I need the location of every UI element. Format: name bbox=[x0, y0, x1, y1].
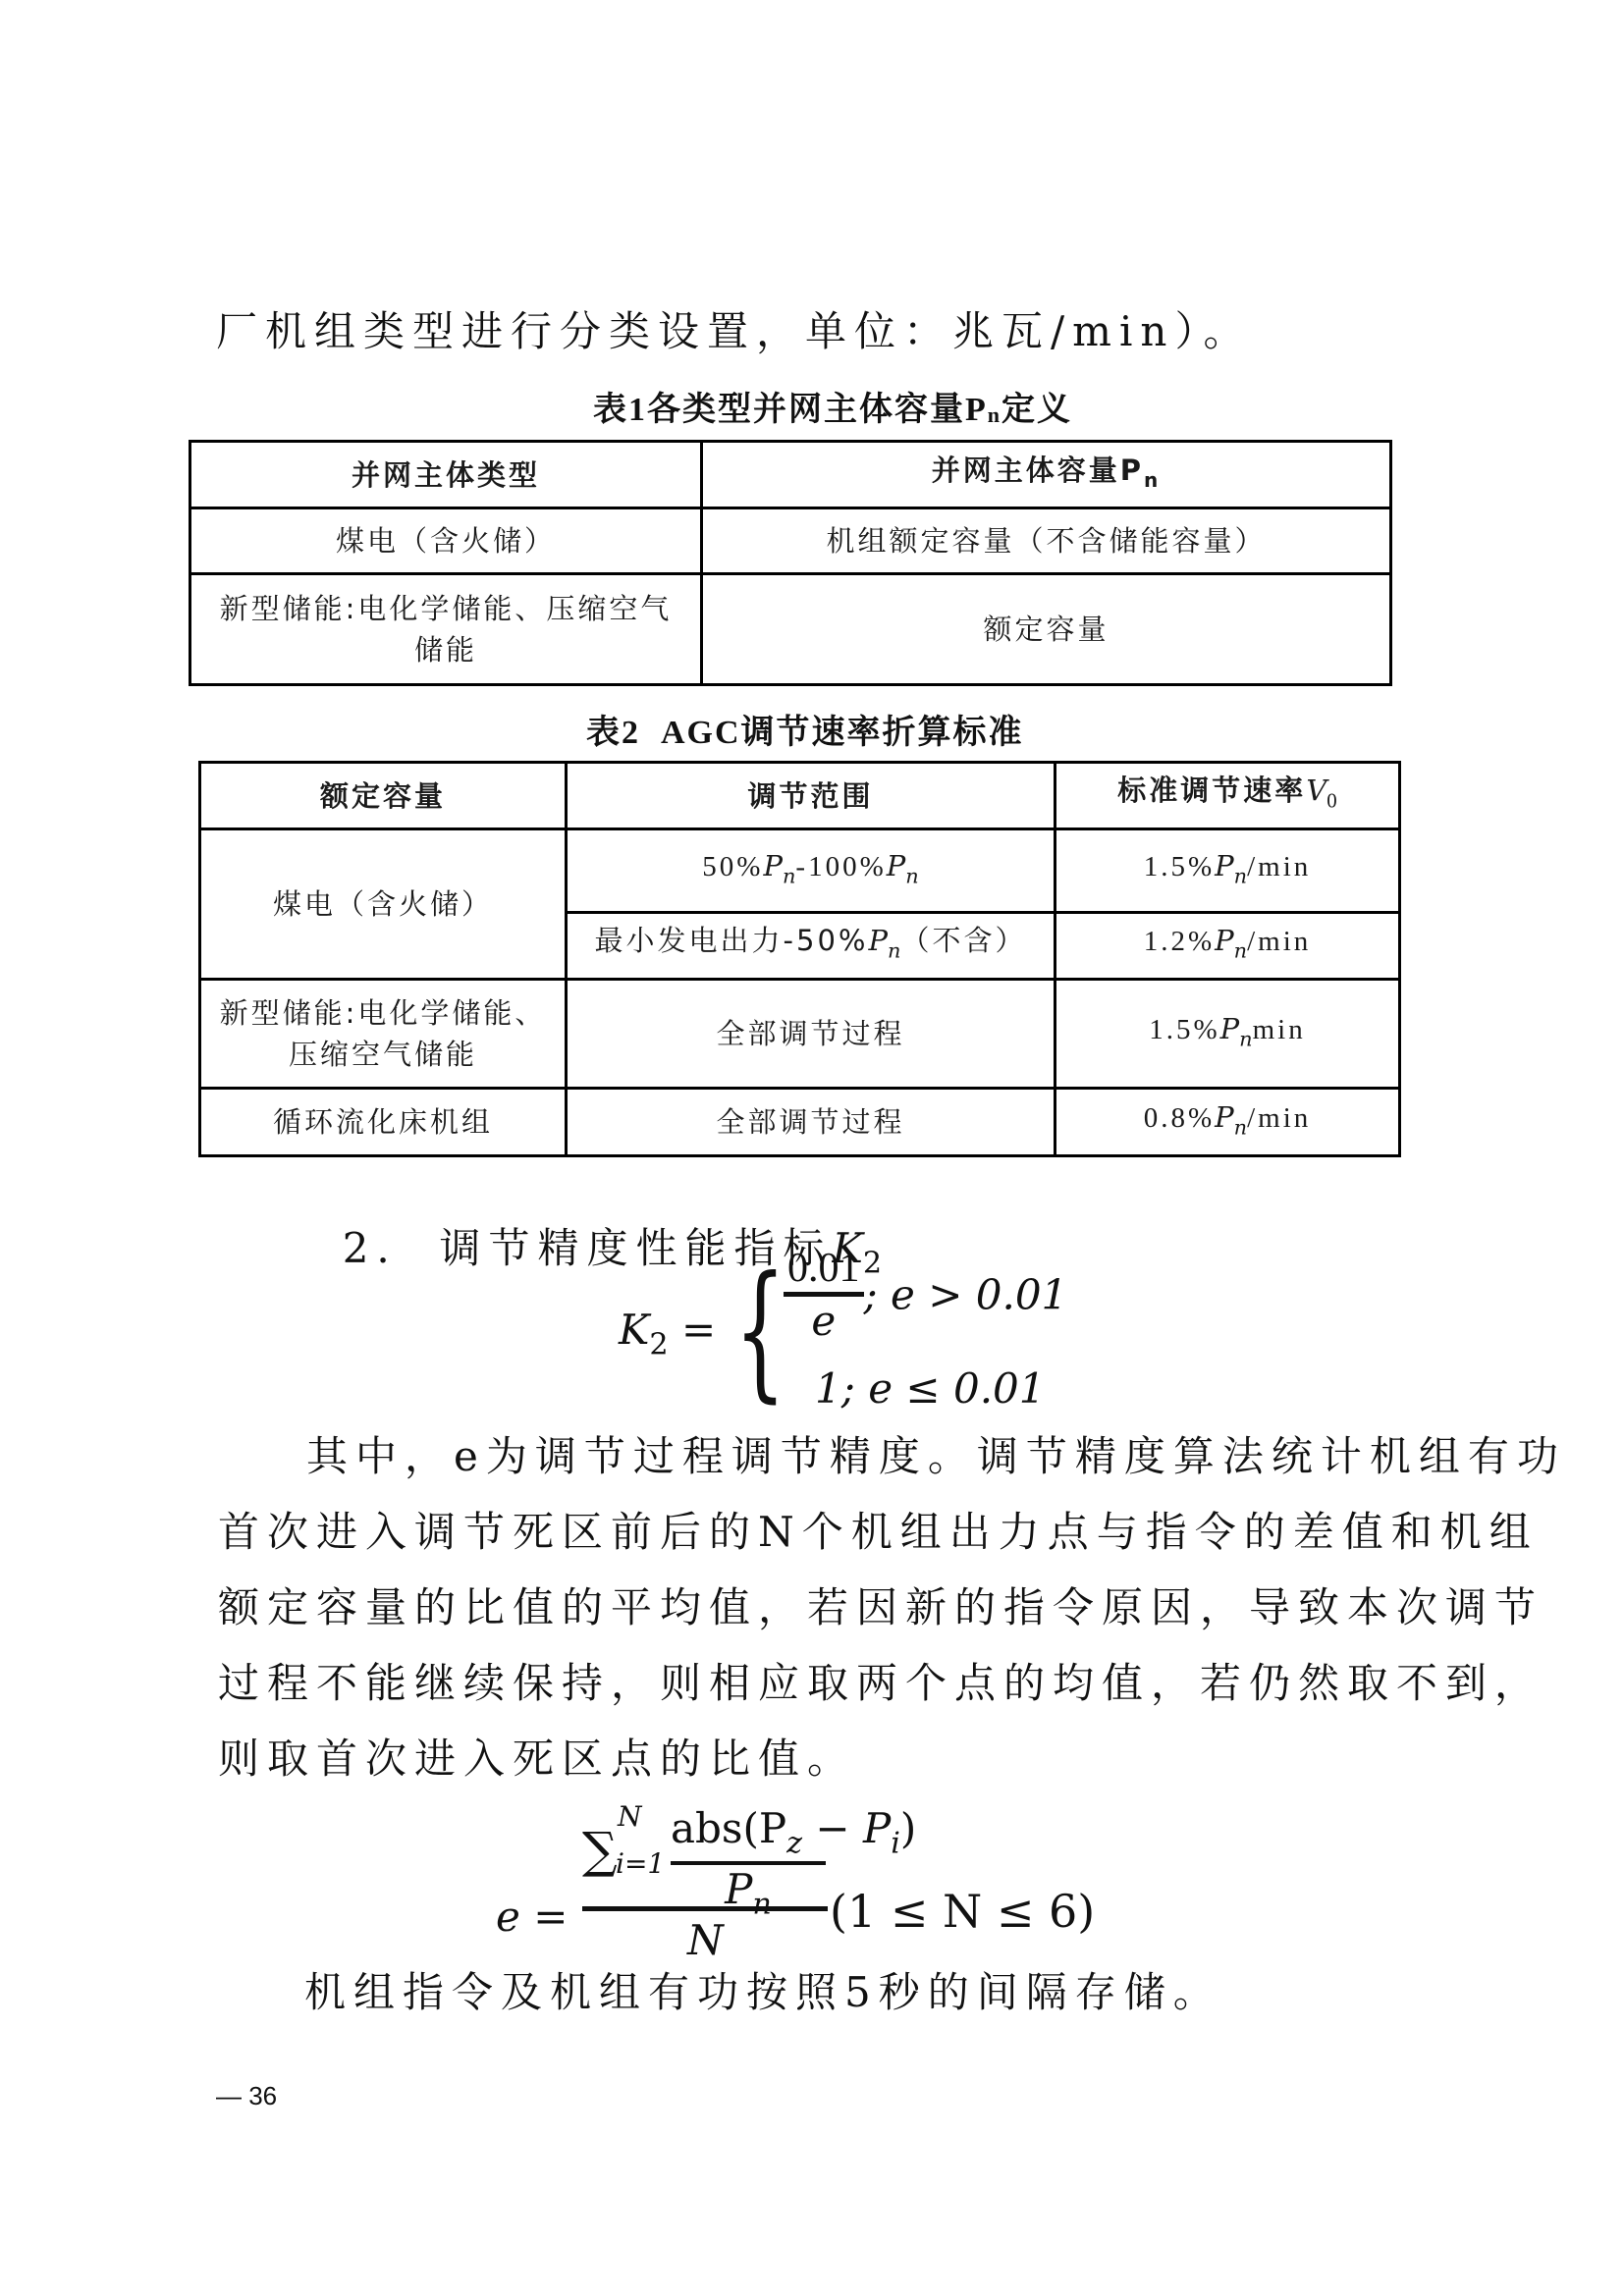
table1: 并网主体类型 并网主体容量Pn 煤电（含火储） 机组额定容量（不含储能容量） 新… bbox=[189, 440, 1392, 686]
e-inner-fraction: abs(Pz − Pi) Pn bbox=[671, 1804, 826, 1921]
table1-caption: 表1各类型并网主体容量Pn定义 bbox=[593, 391, 1072, 435]
e-main-denominator: N bbox=[687, 1916, 724, 1964]
p-sub: n bbox=[1234, 864, 1247, 887]
table1-header-row: 并网主体类型 并网主体容量Pn bbox=[190, 442, 1391, 508]
p-symbol: P bbox=[763, 849, 783, 882]
pn-sub: n bbox=[752, 1887, 771, 1921]
k2-case1-numerator: 0.01 bbox=[784, 1245, 864, 1297]
range-suffix: （不含） bbox=[900, 924, 1026, 957]
range-a: 50% bbox=[702, 851, 763, 882]
sum-icon: ∑ bbox=[582, 1822, 618, 1879]
pi-sub: i bbox=[891, 1827, 900, 1861]
abs-label: abs(P bbox=[671, 1804, 786, 1852]
p-symbol: P bbox=[1215, 849, 1234, 882]
e-inner-denominator: Pn bbox=[671, 1865, 826, 1922]
k2-formula: K2 = { 0.01 e ; e > 0.01 1; e ≤ 0.01 bbox=[619, 1245, 1070, 1421]
rate-unit: min bbox=[1253, 1014, 1306, 1045]
paragraph-line-4: 过程不能继续保持，则相应取两个点的均值，若仍然取不到， bbox=[218, 1660, 1543, 1707]
k2-lhs-symbol: K bbox=[619, 1306, 649, 1354]
page-number: — 36 bbox=[216, 2081, 277, 2111]
close-paren: ) bbox=[900, 1804, 916, 1852]
table1-header-capacity-sub: n bbox=[1144, 467, 1161, 491]
table2-cell-range: 全部调节过程 bbox=[567, 1089, 1056, 1156]
table2: 额定容量 调节范围 标准调节速率V0 煤电（含火储） 50%Pn-100%Pn … bbox=[198, 761, 1401, 1157]
table2-caption: 表2 AGC调节速率折算标准 bbox=[586, 714, 1024, 753]
rate-num: 1.5% bbox=[1144, 851, 1215, 882]
table1-cell: 机组额定容量（不含储能容量） bbox=[702, 508, 1391, 574]
table-row: 新型储能:电化学储能、压缩空气储能 全部调节过程 1.5%Pnmin bbox=[200, 980, 1400, 1089]
paragraph-line-5: 则取首次进入死区点的比值。 bbox=[218, 1735, 856, 1783]
rate-num: 1.5% bbox=[1149, 1014, 1219, 1045]
table1-cell: 新型储能:电化学储能、压缩空气储能 bbox=[190, 574, 702, 685]
table2-cell-range: 最小发电出力-50%Pn（不含） bbox=[567, 913, 1056, 980]
k2-case2: 1; e ≤ 0.01 bbox=[815, 1364, 1046, 1413]
rate-num: 1.2% bbox=[1144, 926, 1215, 957]
intro-text: 厂机组类型进行分类设置，单位：兆瓦/min）。 bbox=[216, 308, 1252, 355]
table2-cell-type: 新型储能:电化学储能、压缩空气储能 bbox=[200, 980, 567, 1089]
table2-cell-rate: 1.5%Pn/min bbox=[1056, 829, 1400, 913]
closing-text: 机组指令及机组有功按照5秒的间隔存储。 bbox=[304, 1969, 1222, 2016]
e-formula: e = ∑ N i=1 abs(Pz − Pi) Pn N (1 ≤ N ≤ 6… bbox=[496, 1804, 1183, 1981]
table2-header-range: 调节范围 bbox=[567, 763, 1056, 829]
table1-caption-prefix: 表1各类型并网主体容量P bbox=[593, 392, 988, 428]
p-sub: n bbox=[1234, 1115, 1247, 1139]
p-symbol: P bbox=[887, 849, 906, 882]
p-symbol: P bbox=[1215, 1100, 1234, 1134]
p-sub: n bbox=[888, 939, 900, 963]
k2-lhs-sub: 2 bbox=[649, 1328, 668, 1362]
rate-unit: /min bbox=[1247, 1102, 1311, 1134]
paragraph-line-3: 额定容量的比值的平均值，若因新的指令原因，导致本次调节 bbox=[218, 1584, 1543, 1631]
p-sub: n bbox=[905, 864, 918, 887]
p-symbol: P bbox=[1215, 924, 1234, 957]
range-b: -100% bbox=[795, 851, 886, 882]
paragraph-line-1: 其中，e为调节过程调节精度。调节精度算法统计机组有功 bbox=[306, 1433, 1566, 1480]
paragraph-line-2: 首次进入调节死区前后的N个机组出力点与指令的差值和机组 bbox=[218, 1509, 1539, 1556]
equals-sign: = bbox=[669, 1306, 730, 1354]
e-constraint: (1 ≤ N ≤ 6) bbox=[830, 1885, 1095, 1938]
p-symbol: P bbox=[1220, 1012, 1240, 1045]
table1-cell: 煤电（含火储） bbox=[190, 508, 702, 574]
rate-unit: /min bbox=[1247, 851, 1311, 882]
table2-cell-range: 全部调节过程 bbox=[567, 980, 1056, 1089]
sum-lower: i=1 bbox=[616, 1847, 665, 1880]
table1-cell: 额定容量 bbox=[702, 574, 1391, 685]
table-row: 煤电（含火储） 50%Pn-100%Pn 1.5%Pn/min bbox=[200, 829, 1400, 913]
k2-lhs: K2 = bbox=[619, 1306, 730, 1362]
rate-unit: /min bbox=[1247, 926, 1311, 957]
table1-caption-sub: n bbox=[988, 402, 1001, 427]
table2-header-row: 额定容量 调节范围 标准调节速率V0 bbox=[200, 763, 1400, 829]
table2-cell-type: 循环流化床机组 bbox=[200, 1089, 567, 1156]
table2-header-rate-var: V bbox=[1306, 774, 1326, 807]
p-sub: n bbox=[1239, 1027, 1252, 1050]
e-lhs: e = bbox=[496, 1893, 581, 1941]
table2-header-rate-var-sub: 0 bbox=[1326, 789, 1336, 813]
table1-header-capacity: 并网主体容量Pn bbox=[702, 442, 1391, 508]
p-sub: n bbox=[1234, 939, 1247, 963]
table-row: 循环流化床机组 全部调节过程 0.8%Pn/min bbox=[200, 1089, 1400, 1156]
table1-header-capacity-label: 并网主体容量P bbox=[932, 454, 1144, 487]
sum-upper: N bbox=[618, 1800, 642, 1833]
table2-header-rate-label: 标准调节速率 bbox=[1117, 774, 1306, 807]
table-row: 煤电（含火储） 机组额定容量（不含储能容量） bbox=[190, 508, 1391, 574]
table2-cell-rate: 1.2%Pn/min bbox=[1056, 913, 1400, 980]
e-main-fraction-bar bbox=[582, 1906, 828, 1911]
table2-header-rate: 标准调节速率V0 bbox=[1056, 763, 1400, 829]
k2-case1-condition: ; e > 0.01 bbox=[864, 1271, 1068, 1319]
table2-cell-range: 50%Pn-100%Pn bbox=[567, 829, 1056, 913]
p-symbol: P bbox=[868, 924, 888, 957]
table1-header-type: 并网主体类型 bbox=[190, 442, 702, 508]
k2-case1-denominator: e bbox=[811, 1297, 836, 1345]
pz-sub: z bbox=[786, 1827, 802, 1861]
table2-cell-rate: 0.8%Pn/min bbox=[1056, 1089, 1400, 1156]
table1-caption-suffix: 定义 bbox=[1001, 392, 1072, 428]
rate-num: 0.8% bbox=[1144, 1102, 1215, 1134]
p-sub: n bbox=[783, 864, 795, 887]
e-inner-numerator: abs(Pz − Pi) bbox=[671, 1804, 826, 1865]
range-prefix: 最小发电出力-50% bbox=[595, 924, 869, 957]
table2-header-capacity: 额定容量 bbox=[200, 763, 567, 829]
k2-case1: 0.01 e ; e > 0.01 bbox=[784, 1245, 1067, 1345]
table2-cell-rate: 1.5%Pnmin bbox=[1056, 980, 1400, 1089]
table2-cell-type: 煤电（含火储） bbox=[200, 829, 567, 980]
minus-p: − P bbox=[802, 1804, 891, 1852]
left-brace-icon: { bbox=[734, 1243, 785, 1419]
table-row: 新型储能:电化学储能、压缩空气储能 额定容量 bbox=[190, 574, 1391, 685]
